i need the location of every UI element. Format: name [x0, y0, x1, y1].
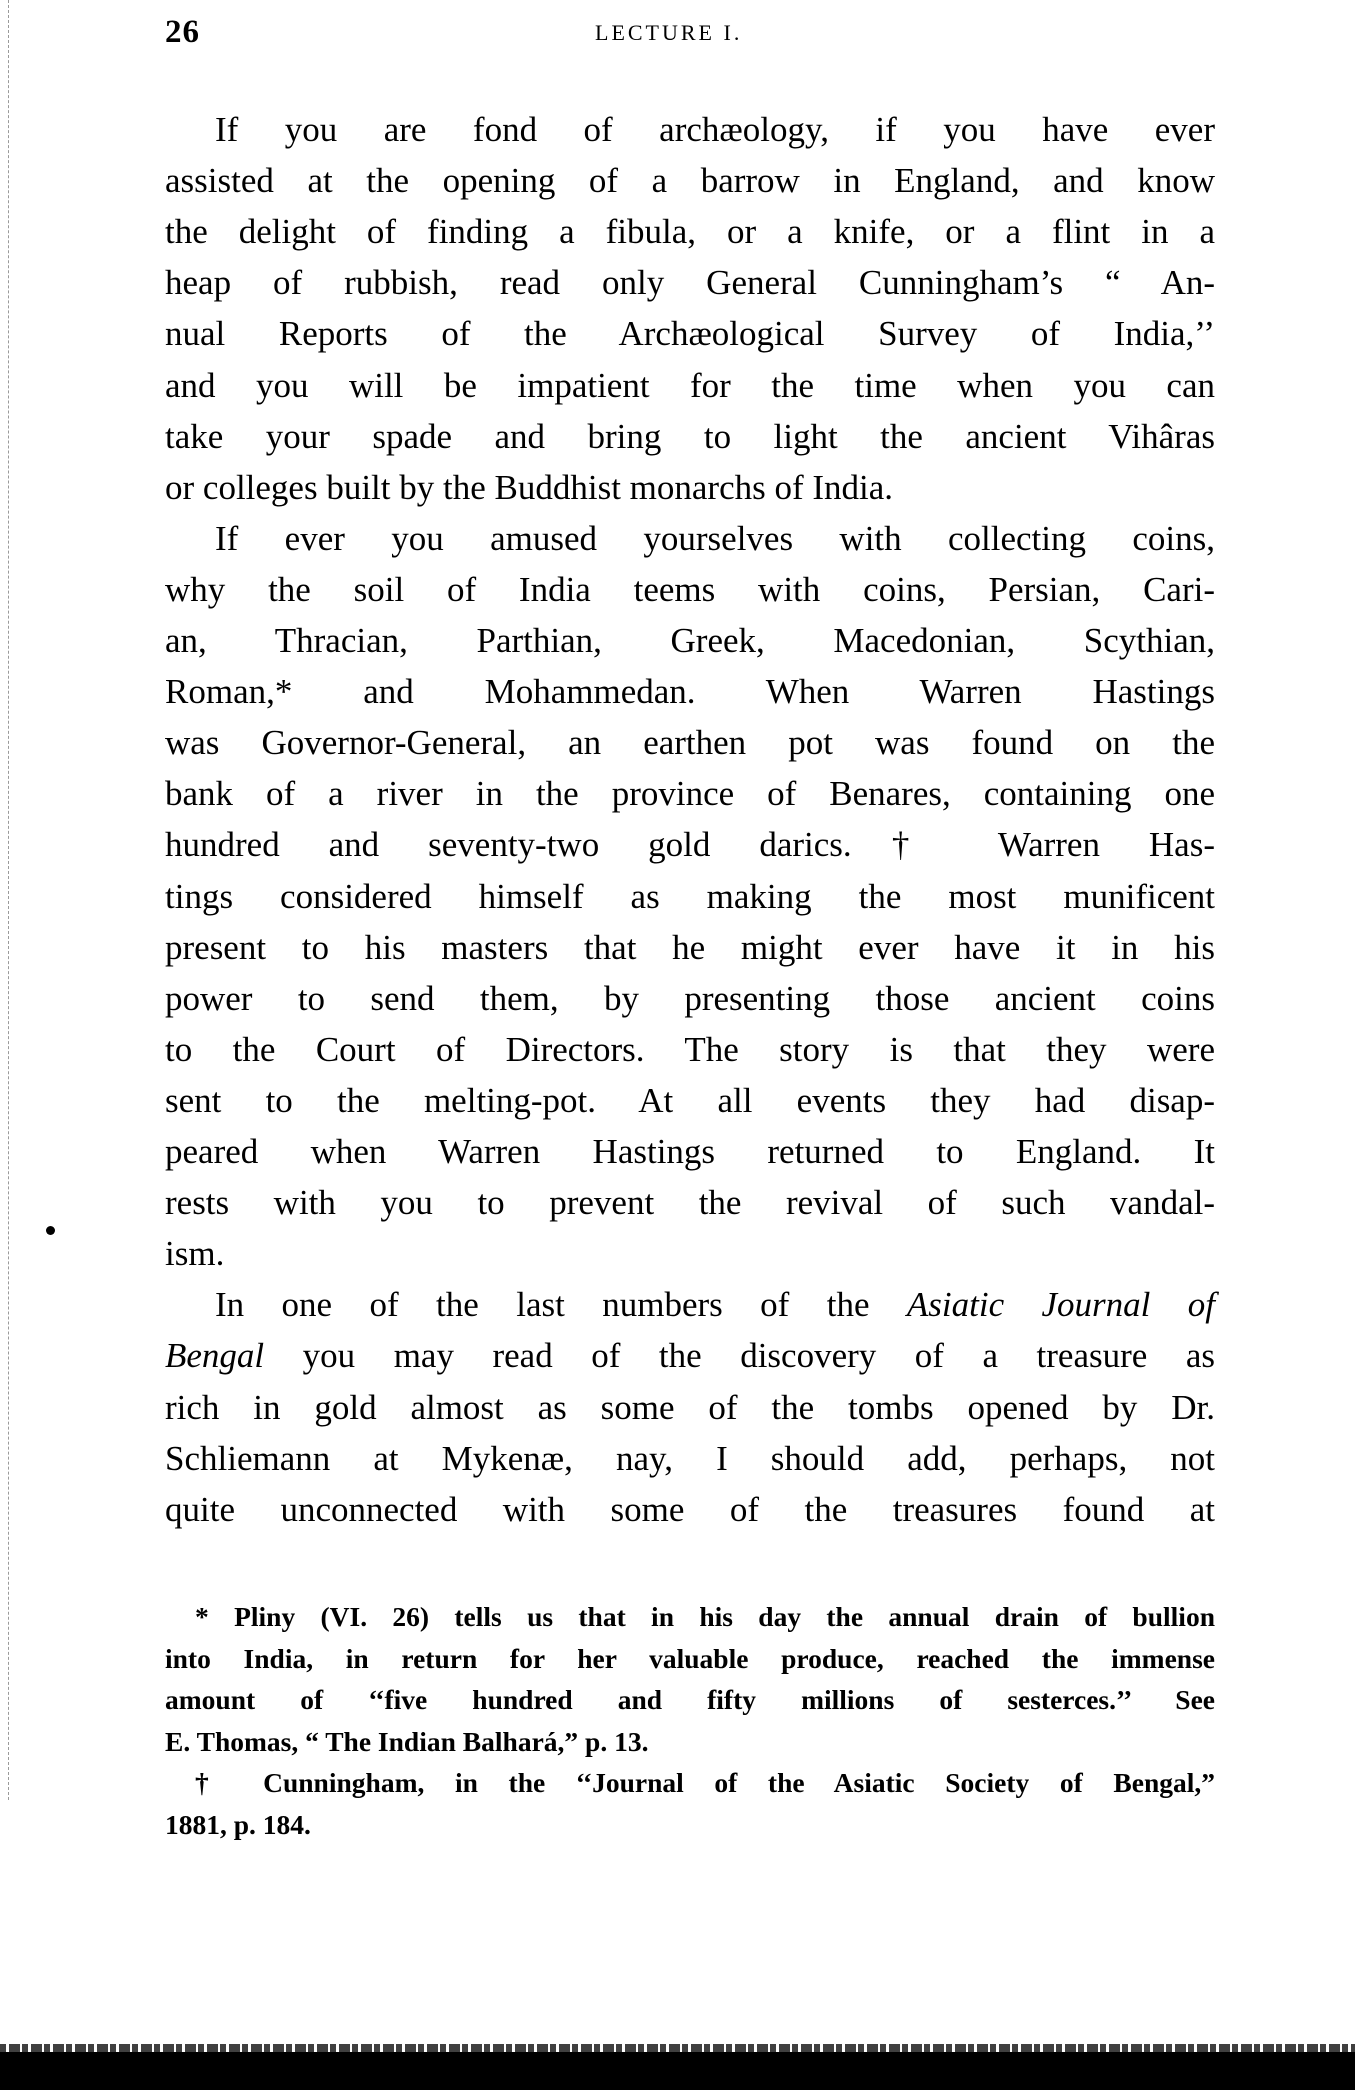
- body-line: rich in gold almost as some of the tombs…: [165, 1382, 1215, 1434]
- line-text: present to his masters that he might eve…: [165, 928, 1215, 967]
- line-text: why the soil of India teems with coins, …: [165, 570, 1215, 609]
- line-text: hundred and seventy-two gold darics.† Wa…: [165, 825, 1215, 864]
- line-text: bank of a river in the province of Benar…: [165, 774, 1215, 813]
- footnote-line: E. Thomas, “ The Indian Balhará,” p. 13.: [165, 1721, 1215, 1763]
- line-text: heap of rubbish, read only General Cunni…: [165, 263, 1215, 302]
- body-line: sent to the melting-pot. At all events t…: [165, 1075, 1215, 1127]
- book-page: 26 LECTURE I. If you are fond of archæol…: [0, 0, 1355, 2090]
- footnote-line: 1881, p. 184.: [165, 1804, 1215, 1846]
- line-text: and you will be impatient for the time w…: [165, 366, 1215, 405]
- line-text: rests with you to prevent the revival of…: [165, 1183, 1215, 1222]
- body-line: heap of rubbish, read only General Cunni…: [165, 257, 1215, 309]
- italic-title: Asiatic Journal of: [907, 1285, 1215, 1324]
- body-line: rests with you to prevent the revival of…: [165, 1177, 1215, 1229]
- page-number: 26: [165, 14, 200, 51]
- line-text: ism.: [165, 1234, 224, 1273]
- line-text: was Governor-General, an earthen pot was…: [165, 723, 1215, 762]
- body-line: If you are fond of archæology, if you ha…: [215, 104, 1215, 156]
- line-text: to the Court of Directors. The story is …: [165, 1030, 1215, 1069]
- line-text: tings considered himself as making the m…: [165, 877, 1215, 916]
- line-text: nual Reports of the Archæological Survey…: [165, 314, 1215, 353]
- body-line: present to his masters that he might eve…: [165, 922, 1215, 974]
- line-text: If ever you amused yourselves with colle…: [215, 519, 1215, 558]
- body-line: bank of a river in the province of Benar…: [165, 768, 1215, 820]
- body-line: nual Reports of the Archæological Survey…: [165, 308, 1215, 360]
- footnote-line: † Cunningham, in the ‘‘Journal of the As…: [195, 1762, 1215, 1804]
- line-text: power to send them, by presenting those …: [165, 979, 1215, 1018]
- line-text: assisted at the opening of a barrow in E…: [165, 161, 1215, 200]
- body-line: Roman,* and Mohammedan. When Warren Hast…: [165, 666, 1215, 718]
- body-line: Schliemann at Mykenæ, nay, I should add,…: [165, 1433, 1215, 1485]
- line-text: you may read of the discovery of a treas…: [264, 1336, 1215, 1375]
- body-line: take your spade and bring to light the a…: [165, 411, 1215, 463]
- body-line: ism.: [165, 1228, 1215, 1280]
- body-line: why the soil of India teems with coins, …: [165, 564, 1215, 616]
- body-line: Bengal you may read of the discovery of …: [165, 1330, 1215, 1382]
- line-text: an, Thracian, Parthian, Greek, Macedonia…: [165, 621, 1215, 660]
- running-title: LECTURE I.: [595, 20, 742, 46]
- body-line: peared when Warren Hastings returned to …: [165, 1126, 1215, 1178]
- line-text: quite unconnected with some of the treas…: [165, 1490, 1215, 1529]
- running-header: 26 LECTURE I.: [165, 14, 1215, 50]
- body-line: assisted at the opening of a barrow in E…: [165, 155, 1215, 207]
- body-line: In one of the last numbers of the Asiati…: [215, 1279, 1215, 1331]
- body-line: was Governor-General, an earthen pot was…: [165, 717, 1215, 769]
- line-text: In one of the last numbers of the: [215, 1285, 907, 1324]
- body-line: quite unconnected with some of the treas…: [165, 1484, 1215, 1536]
- line-text: peared when Warren Hastings returned to …: [165, 1132, 1215, 1171]
- line-text: or colleges built by the Buddhist monarc…: [165, 468, 893, 507]
- body-line: power to send them, by presenting those …: [165, 973, 1215, 1025]
- body-line: hundred and seventy-two gold darics.† Wa…: [165, 819, 1215, 871]
- line-text: sent to the melting-pot. At all events t…: [165, 1081, 1215, 1120]
- line-text: the delight of finding a fibula, or a kn…: [165, 212, 1215, 251]
- body-line: tings considered himself as making the m…: [165, 871, 1215, 923]
- line-text: Schliemann at Mykenæ, nay, I should add,…: [165, 1439, 1215, 1478]
- body-line: an, Thracian, Parthian, Greek, Macedonia…: [165, 615, 1215, 667]
- scan-bottom-band: [0, 2052, 1355, 2090]
- body-line: or colleges built by the Buddhist monarc…: [165, 462, 1215, 514]
- footnote-line: amount of ‘‘five hundred and fifty milli…: [165, 1679, 1215, 1721]
- line-text: If you are fond of archæology, if you ha…: [215, 110, 1215, 149]
- body-line: to the Court of Directors. The story is …: [165, 1024, 1215, 1076]
- line-text: rich in gold almost as some of the tombs…: [165, 1388, 1215, 1427]
- line-text: take your spade and bring to light the a…: [165, 417, 1215, 456]
- body-line: the delight of finding a fibula, or a kn…: [165, 206, 1215, 258]
- body-line: If ever you amused yourselves with colle…: [215, 513, 1215, 565]
- scan-edge-artifact: [8, 0, 9, 1800]
- footnote-line: into India, in return for her valuable p…: [165, 1638, 1215, 1680]
- body-line: and you will be impatient for the time w…: [165, 360, 1215, 412]
- italic-title: Bengal: [165, 1336, 264, 1375]
- footnote-line: * Pliny (VI. 26) tells us that in his da…: [195, 1596, 1215, 1638]
- line-text: Roman,* and Mohammedan. When Warren Hast…: [165, 672, 1215, 711]
- ink-speck: [46, 1226, 55, 1235]
